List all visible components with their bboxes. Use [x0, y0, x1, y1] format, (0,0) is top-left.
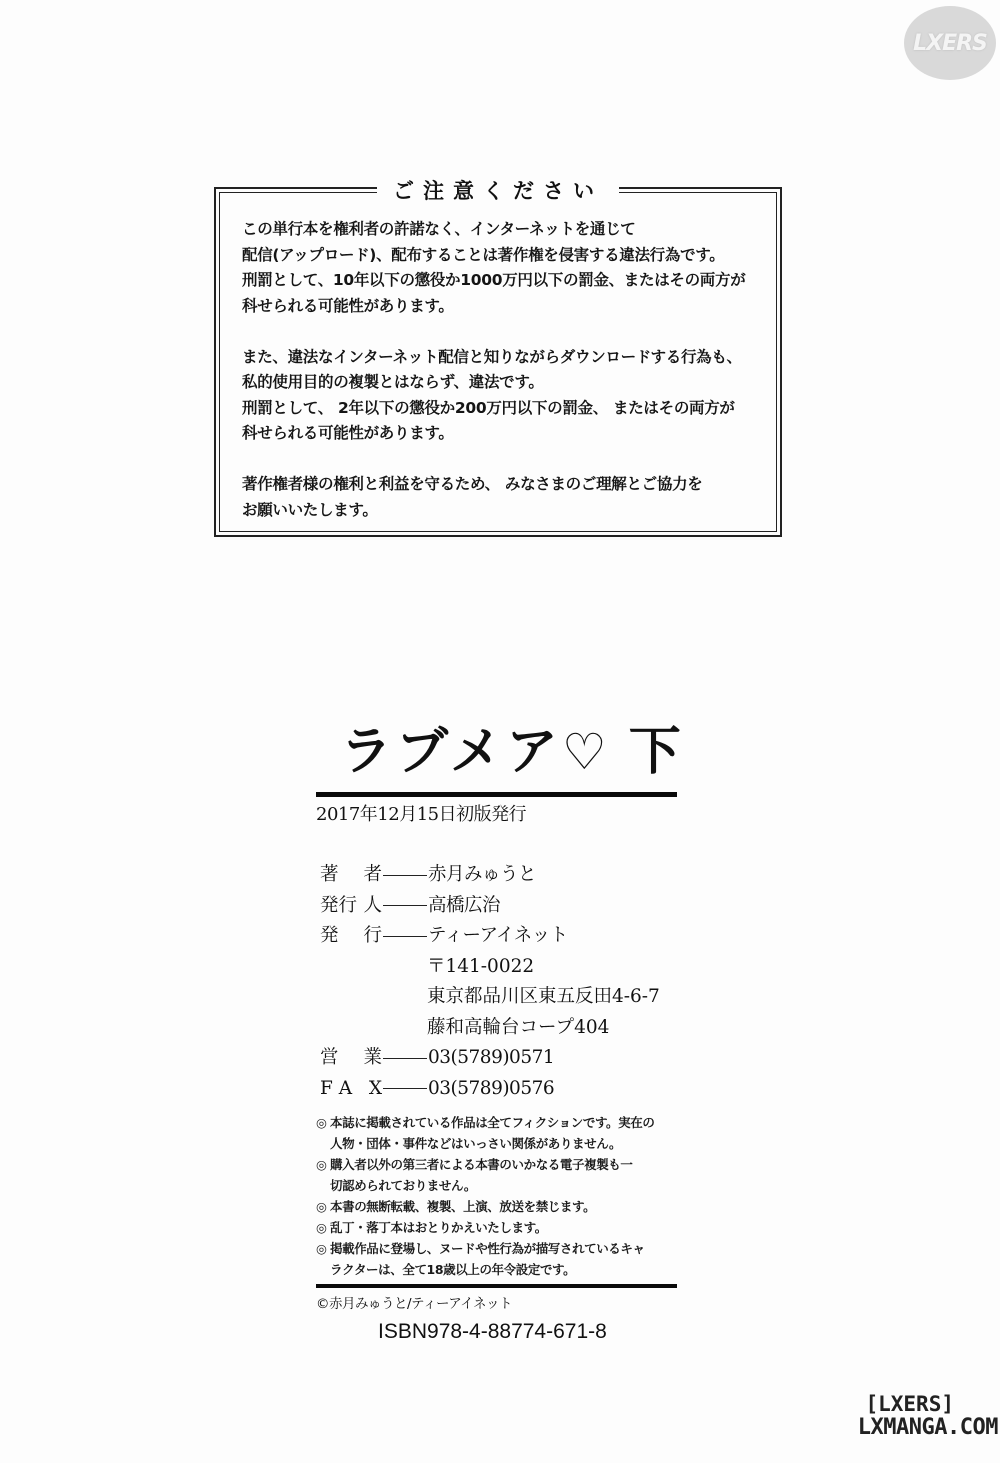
notice-line: 私的使用目的の複製とはならず、違法です。	[242, 370, 766, 396]
credit-label-part: 著	[320, 860, 339, 891]
copyright-line: ©赤月みゅうと/ティーアイネット	[316, 1292, 512, 1312]
notice-line: また、違法なインターネット配信と知りながらダウンロードする行為も、	[242, 345, 766, 371]
address-line-1: 東京都品川区東五反田4-6-7	[320, 982, 660, 1013]
lxers-logo-watermark: LXERS	[904, 6, 996, 80]
book-title: ラブメア♡下	[340, 720, 685, 784]
double-circle-bullet-icon: ◎	[316, 1217, 330, 1238]
book-title-main: ラブメア	[340, 721, 562, 782]
credit-label: 著 者	[320, 860, 382, 891]
double-circle-bullet-icon: ◎	[316, 1112, 330, 1154]
publication-date: 2017年12月15日初版発行	[316, 800, 526, 826]
disclaimer-text: 乱丁・落丁本はおとりかえいたします。	[330, 1217, 547, 1238]
disclaimer-item: ◎ 本誌に掲載されている作品は全てフィクションです。実在の 人物・団体・事件など…	[316, 1112, 686, 1154]
credit-label-part: 人	[363, 891, 382, 922]
contact-label-part: 営	[320, 1043, 339, 1074]
credit-label-part: 発行	[320, 891, 357, 922]
book-volume: 下	[629, 721, 685, 782]
notice-line: 科せられる可能性があります。	[242, 421, 766, 447]
disclaimer-item: ◎ 掲載作品に登場し、ヌードや性行為が描写されているキャ ラクターは、全て18歳…	[316, 1238, 686, 1280]
notice-line: お願いいたします。	[242, 498, 766, 524]
notice-line: 科せられる可能性があります。	[242, 294, 766, 320]
credit-author: 著 者 赤月みゅうと	[320, 860, 660, 891]
contact-fax: F A X 03(5789)0576	[320, 1074, 660, 1105]
title-divider	[316, 792, 677, 797]
contact-label: F A X	[320, 1074, 382, 1105]
address-line-2: 藤和高輪台コープ404	[320, 1013, 660, 1044]
dash-divider	[383, 936, 427, 937]
disclaimer-item: ◎ 乱丁・落丁本はおとりかえいたします。	[316, 1217, 686, 1238]
disclaimer-item: ◎ 購入者以外の第三者による本書のいかなる電子複製も一 切認められておりません。	[316, 1154, 686, 1196]
notice-paragraph-request: 著作権者様の権利と利益を守るため、 みなさまのご理解とご協力を お願いいたします…	[242, 472, 766, 523]
credit-label-part: 者	[363, 860, 382, 891]
credit-publisher: 発 行 ティーアイネット	[320, 921, 660, 952]
contact-label: 営 業	[320, 1043, 382, 1074]
copyright-notice-box: ご注意ください この単行本を権利者の許諾なく、インターネットを通じて 配信(アッ…	[214, 187, 782, 537]
double-circle-bullet-icon: ◎	[316, 1196, 330, 1217]
disclaimer-text: 掲載作品に登場し、ヌードや性行為が描写されているキャ ラクターは、全て18歳以上…	[330, 1238, 645, 1280]
notice-line: 刑罰として、10年以下の懲役か1000万円以下の罰金、またはその両方が	[242, 268, 766, 294]
credit-label-part: 発	[320, 921, 339, 952]
double-circle-bullet-icon: ◎	[316, 1238, 330, 1280]
disclaimer-text: 購入者以外の第三者による本書のいかなる電子複製も一 切認められておりません。	[330, 1154, 633, 1196]
watermark-line-1: [LXERS]	[858, 1392, 998, 1416]
notice-line: 配信(アップロード)、配布することは著作権を侵害する違法行為です。	[242, 243, 766, 269]
dash-divider	[383, 1088, 427, 1089]
disclaimer-list: ◎ 本誌に掲載されている作品は全てフィクションです。実在の 人物・団体・事件など…	[316, 1112, 686, 1280]
notice-paragraph-upload: この単行本を権利者の許諾なく、インターネットを通じて 配信(アップロード)、配布…	[242, 217, 766, 319]
staff-credits: 著 者 赤月みゅうと 発行 人 高橋広治 発 行 ティーアイネット 〒141-0…	[320, 860, 660, 1104]
contact-fax-number: 03(5789)0576	[428, 1074, 554, 1105]
credit-value: 高橋広治	[428, 891, 500, 922]
notice-body: この単行本を権利者の許諾なく、インターネットを通じて 配信(アップロード)、配布…	[242, 217, 766, 523]
lxers-logo-text: LXERS	[913, 31, 987, 56]
heart-icon: ♡	[562, 723, 611, 781]
credit-value: 赤月みゅうと	[428, 860, 536, 891]
credit-label-part: 行	[363, 921, 382, 952]
disclaimer-text: 本誌に掲載されている作品は全てフィクションです。実在の 人物・団体・事件などはい…	[330, 1112, 654, 1154]
contact-sales: 営 業 03(5789)0571	[320, 1043, 660, 1074]
notice-line: 著作権者様の権利と利益を守るため、 みなさまのご理解とご協力を	[242, 472, 766, 498]
footer-divider	[316, 1284, 677, 1288]
notice-line: 刑罰として、 2年以下の懲役か200万円以下の罰金、 またはその両方が	[242, 396, 766, 422]
credit-label: 発 行	[320, 921, 382, 952]
disclaimer-item: ◎ 本書の無断転載、複製、上演、放送を禁じます。	[316, 1196, 686, 1217]
credit-publisher-person: 発行 人 高橋広治	[320, 891, 660, 922]
double-circle-bullet-icon: ◎	[316, 1154, 330, 1196]
watermark-line-2: LXMANGA.COM	[858, 1416, 998, 1440]
contact-label-part: X	[369, 1074, 382, 1105]
credit-label: 発行 人	[320, 891, 382, 922]
dash-divider	[383, 1058, 427, 1059]
address-postal-code: 〒141-0022	[320, 952, 660, 983]
disclaimer-text: 本書の無断転載、複製、上演、放送を禁じます。	[330, 1196, 595, 1217]
credit-value: ティーアイネット	[428, 921, 568, 952]
dash-divider	[383, 875, 427, 876]
notice-line: この単行本を権利者の許諾なく、インターネットを通じて	[242, 217, 766, 243]
notice-paragraph-download: また、違法なインターネット配信と知りながらダウンロードする行為も、 私的使用目的…	[242, 345, 766, 447]
dash-divider	[383, 905, 427, 906]
notice-title: ご注意ください	[377, 175, 619, 205]
contact-phone: 03(5789)0571	[428, 1043, 554, 1074]
contact-label-part: 業	[363, 1043, 382, 1074]
isbn: ISBN978-4-88774-671-8	[378, 1320, 607, 1344]
contact-label-part: F A	[320, 1074, 352, 1105]
lxmanga-watermark: [LXERS] LXMANGA.COM	[858, 1392, 998, 1440]
